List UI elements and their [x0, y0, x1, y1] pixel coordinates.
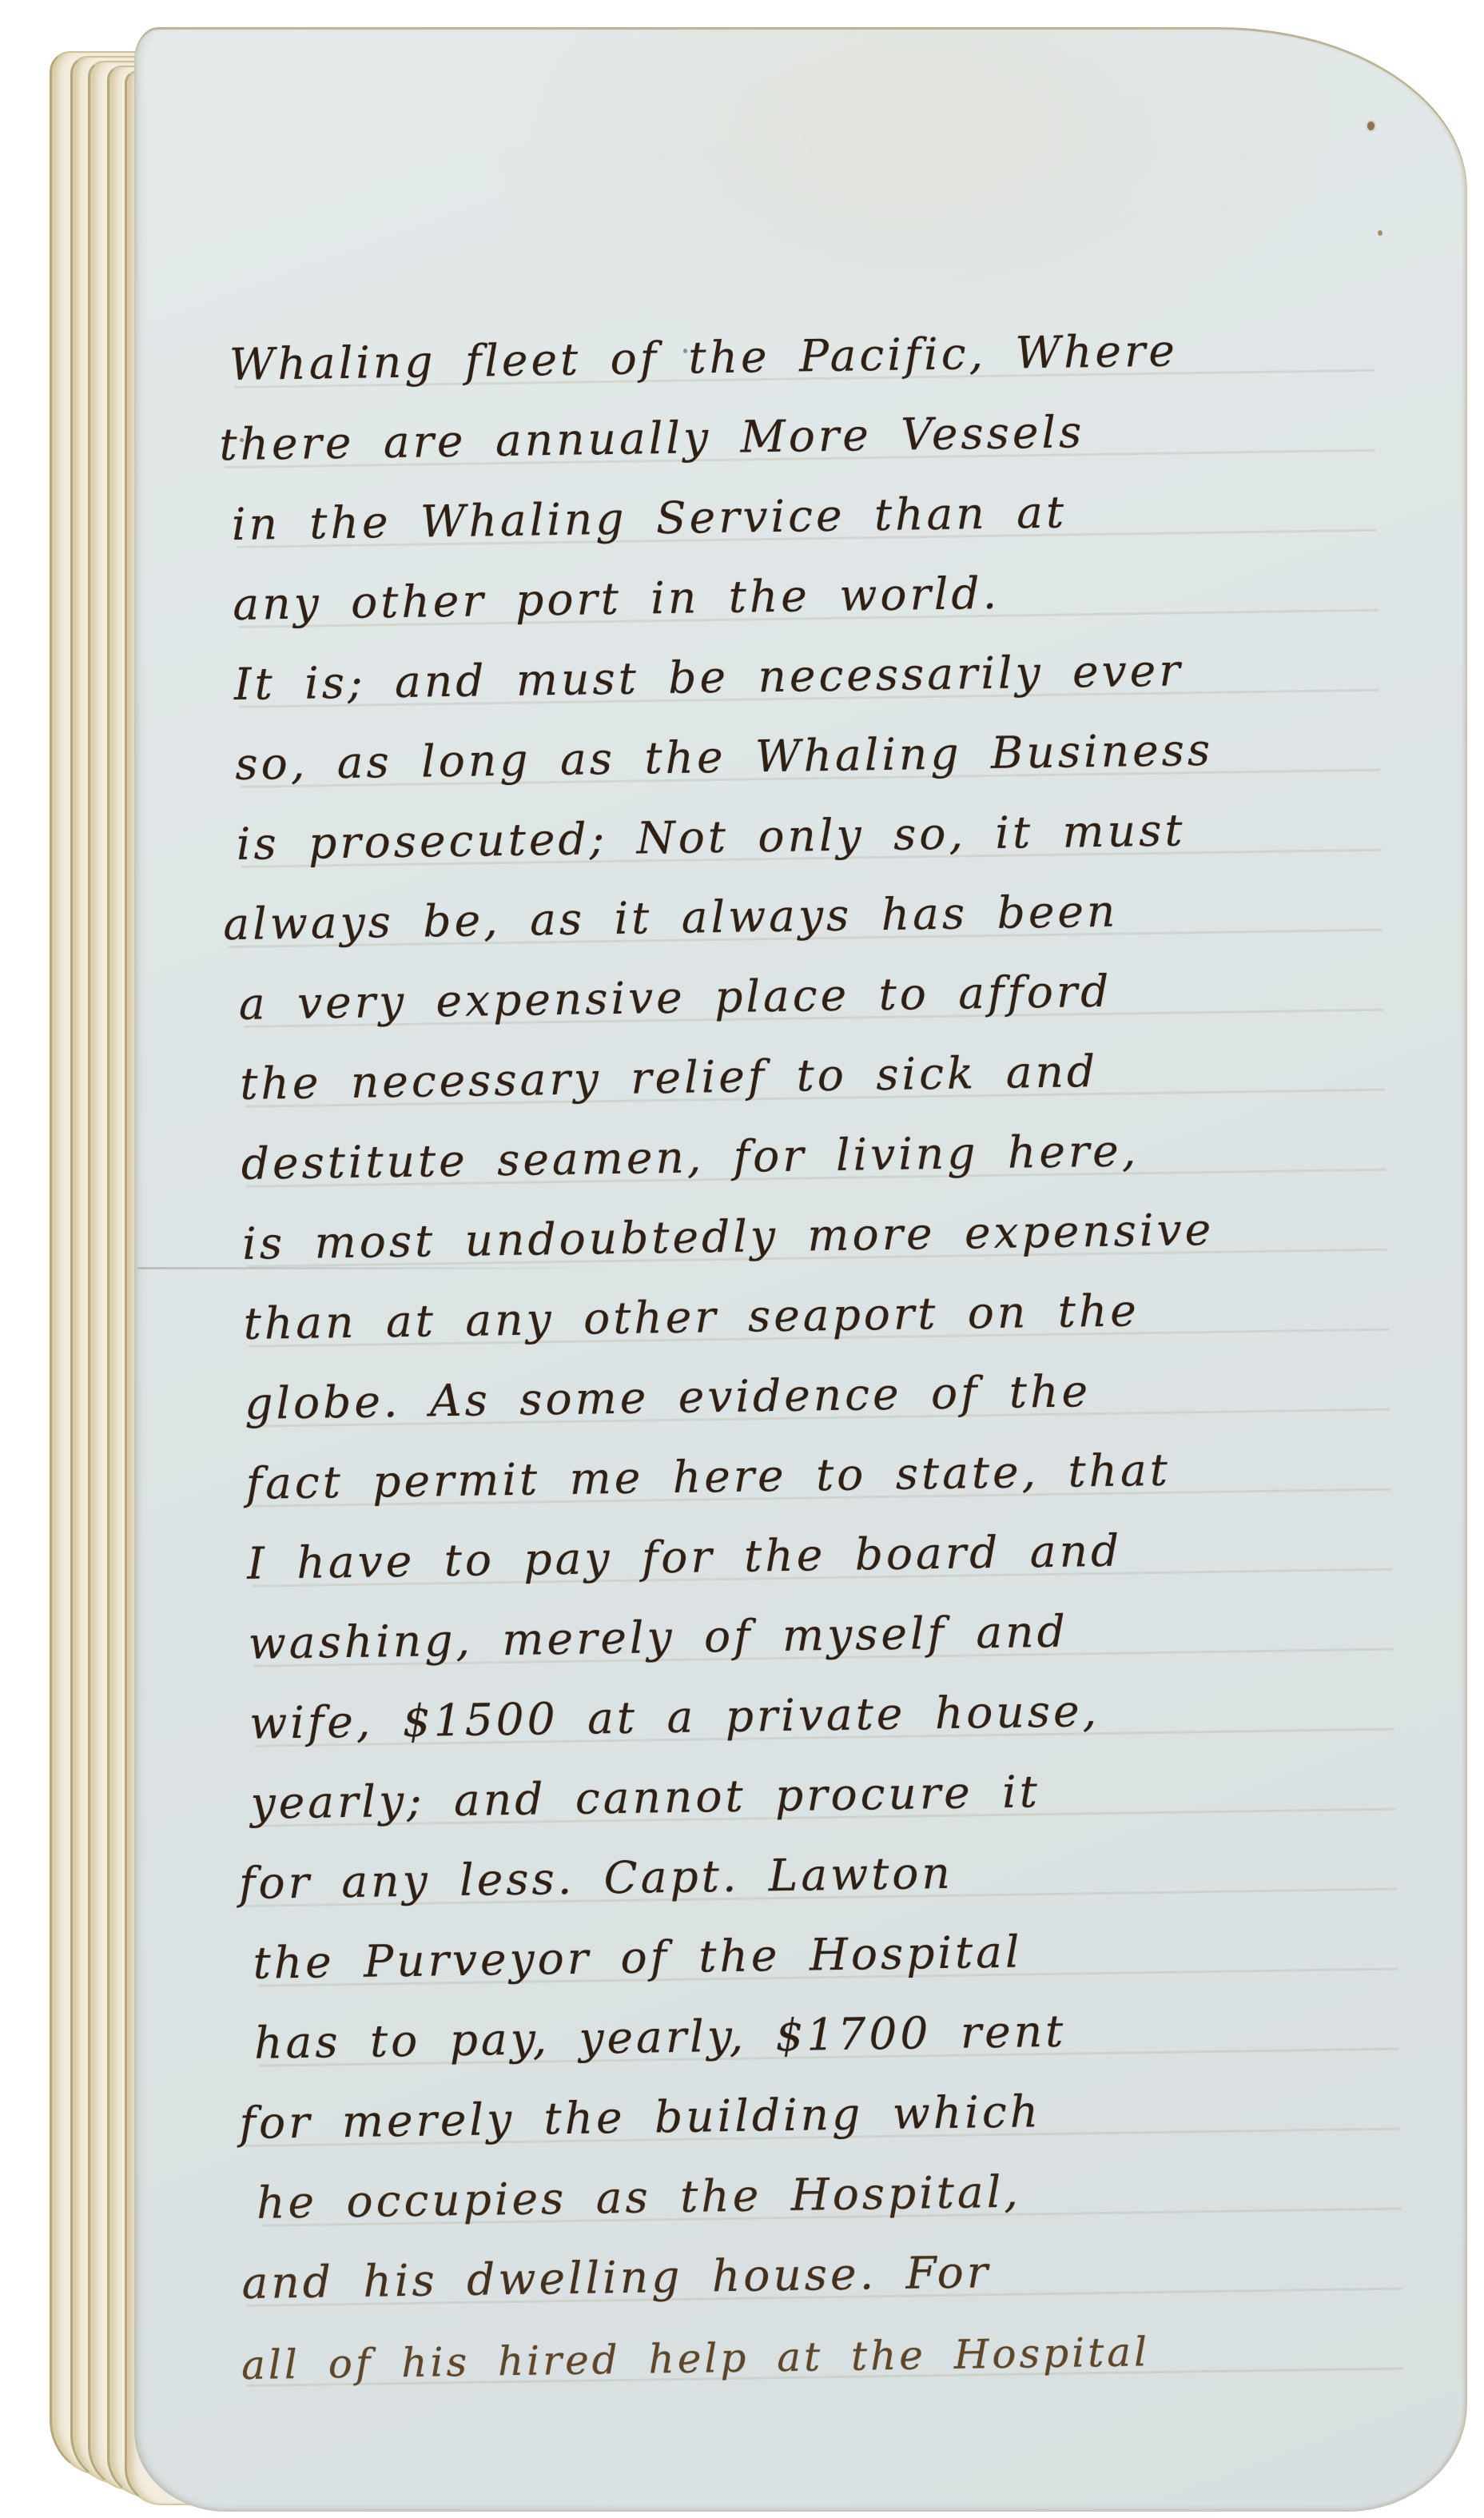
paper-speck [1378, 230, 1383, 236]
scanned-manuscript: Whaling fleet of the Pacific, Where ther… [0, 0, 1484, 2518]
paper-speck [1367, 122, 1375, 130]
handwriting-block: Whaling fleet of the Pacific, Where ther… [229, 296, 1446, 2392]
